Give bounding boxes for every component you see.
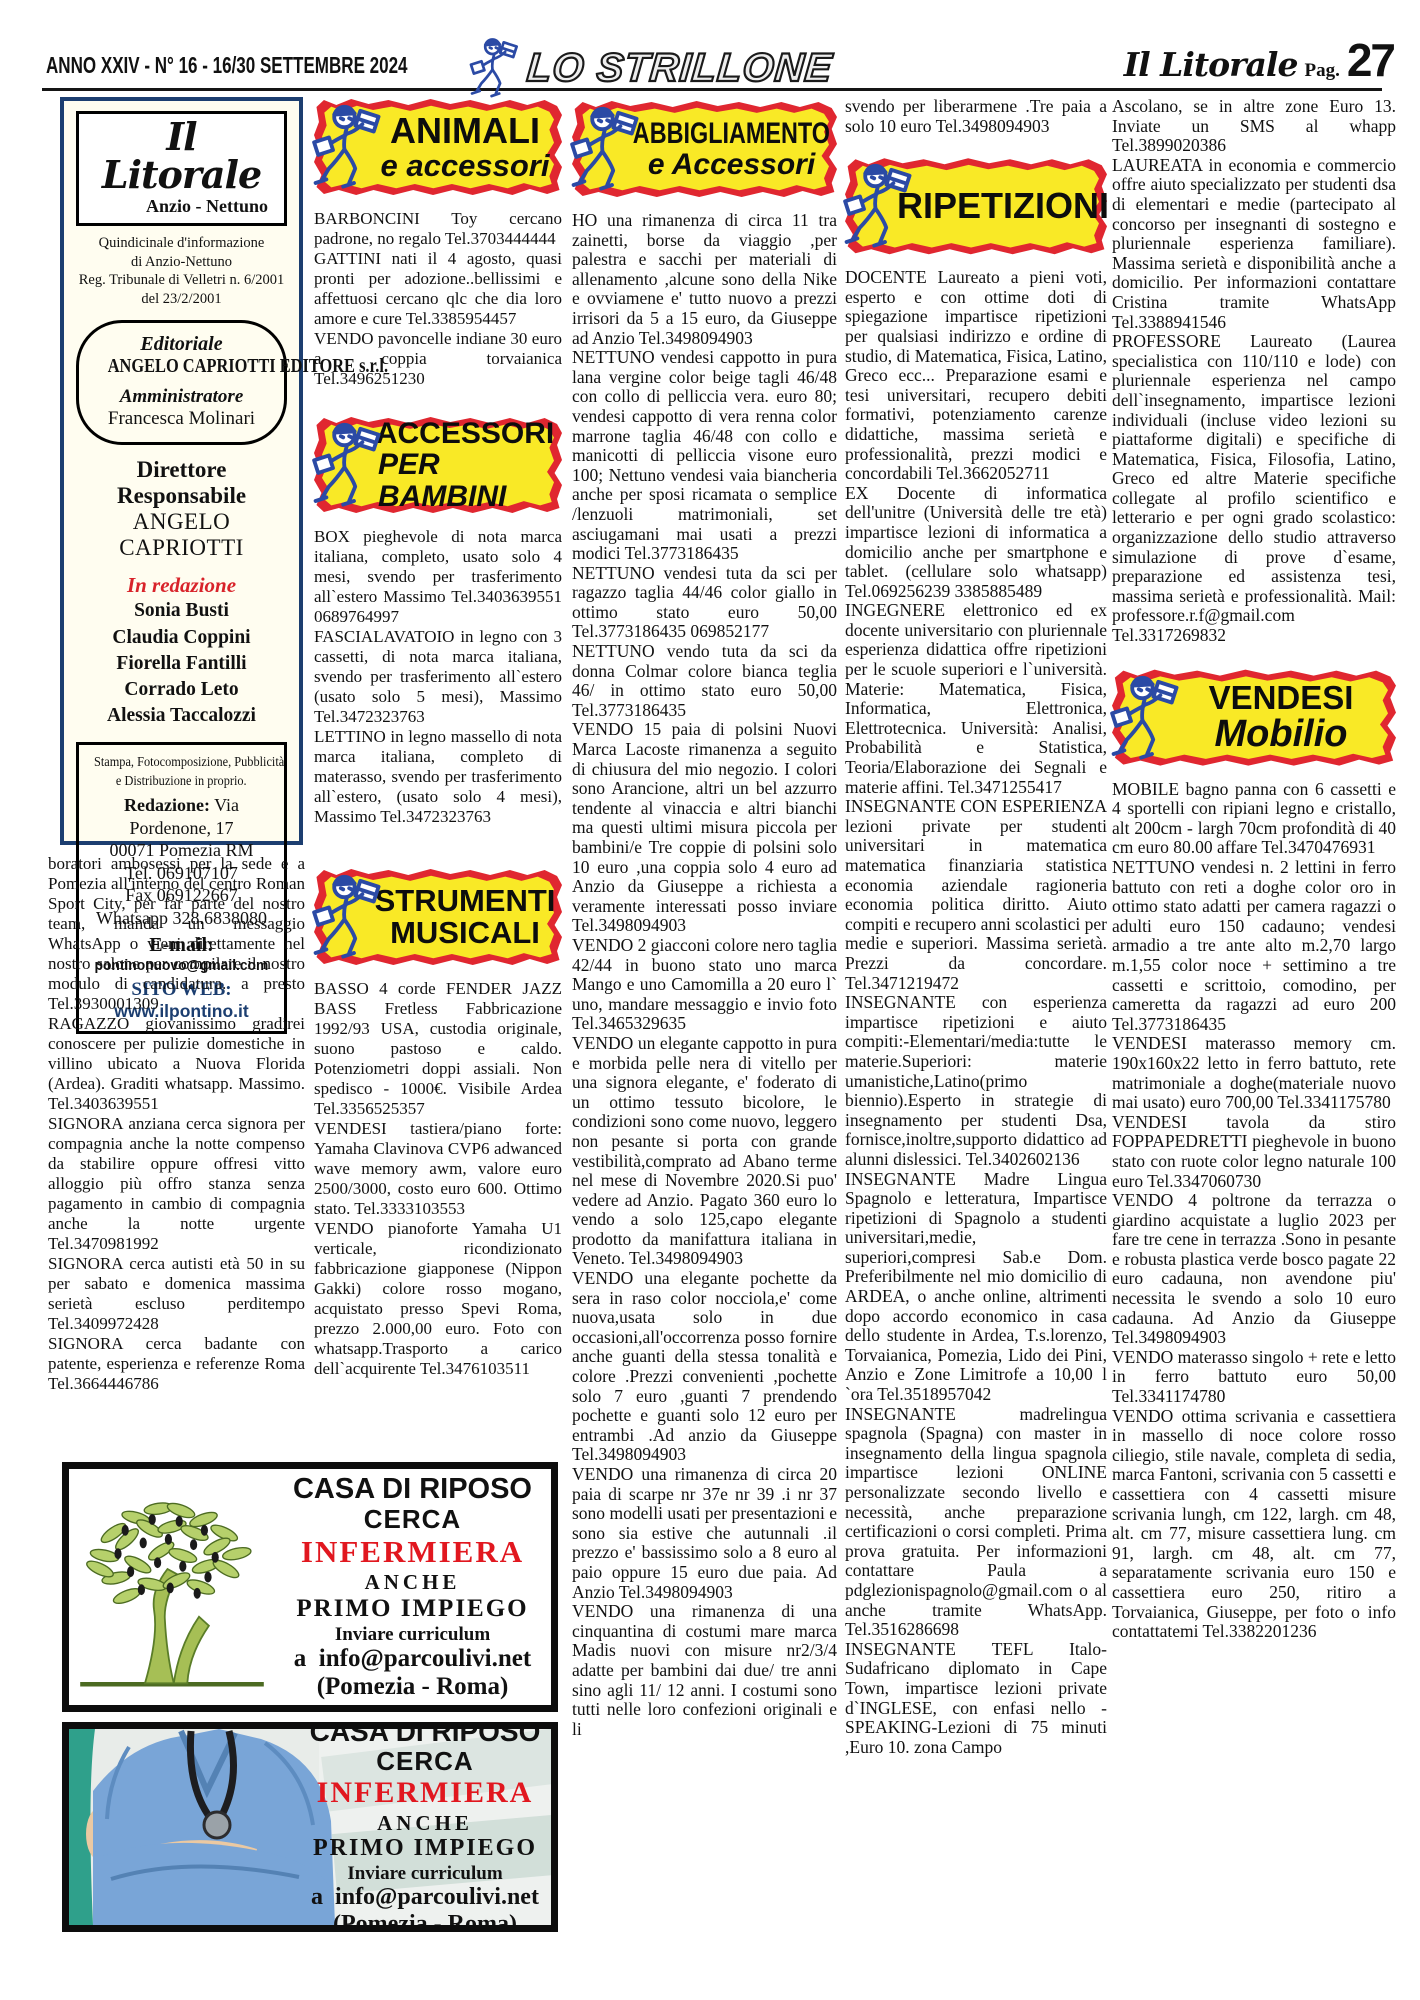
newsboy-icon <box>837 158 921 254</box>
issue-line: ANNO XXIV - N° 16 - 16/30 SETTEMBRE 2024 <box>46 52 408 79</box>
email-prefix: a <box>294 1645 307 1672</box>
classified-ad: boratori ambosessi per la sede e a Pomez… <box>48 854 305 1014</box>
job-ad-role: INFERMIERA <box>301 1535 524 1570</box>
logo-text: LO STRILLONE <box>525 46 834 90</box>
email-prefix: a <box>311 1884 323 1910</box>
staff-label: In redazione <box>74 573 289 598</box>
olive-tree-illustration <box>69 1469 274 1705</box>
section-title-line2: Mobilio <box>1215 715 1348 755</box>
masthead-box: Il Litorale Anzio - Nettuno Quindicinale… <box>60 97 303 845</box>
section-banner-strumenti: STRUMENTI MUSICALI <box>314 867 562 967</box>
casa-di-riposo-ad-tree: CASA DI RIPOSO CERCA INFERMIERA ANCHE PR… <box>62 1462 558 1712</box>
classified-ad: VENDO ottima scrivania e cassettiera in … <box>1112 1407 1396 1642</box>
classified-ad-continuation: Ascolano, se in altre zone Euro 13. Invi… <box>1112 97 1396 156</box>
classified-ad: LETTINO in legno massello di nota marca … <box>314 727 562 827</box>
classified-ad: VENDESI tastiera/piano forte: Yamaha Cla… <box>314 1119 562 1219</box>
classified-ad: VENDO 2 giacconi colore nero taglia 42/4… <box>572 936 837 1034</box>
info-line: del 23/2/2001 <box>74 290 289 309</box>
section-title-line2: e Accessori <box>648 149 815 180</box>
classified-ad: NETTUNO vendesi tuta da sci per ragazzo … <box>572 564 837 642</box>
masthead-logo-box: Il Litorale Anzio - Nettuno <box>76 111 287 226</box>
column-2: ANIMALI e accessori BARBONCINI Toy cerca… <box>314 97 562 1379</box>
classified-ad: RAGAZZO giovanissimo gradirei conoscere … <box>48 1014 305 1114</box>
classified-ad: HO una rimanenza di circa 11 tra zainett… <box>572 211 837 348</box>
classified-ad: VENDO pianoforte Yamaha U1 verticale, ri… <box>314 1219 562 1379</box>
section-banner-animali: ANIMALI e accessori <box>314 97 562 197</box>
section-title: ACCESSORI PER BAMBINI <box>378 419 552 511</box>
staff-member: Fiorella Fantilli <box>74 651 289 677</box>
print-note: Stampa, Fotocomposizione, Pubblicità <box>94 755 284 772</box>
classified-ad: BASSO 4 corde FENDER JAZZ BASS Fretless … <box>314 979 562 1119</box>
job-ad-anche: ANCHE <box>365 1571 461 1595</box>
classified-ad: VENDO 4 poltrone da terrazza o giardino … <box>1112 1191 1396 1348</box>
job-ad-text: CASA DI RIPOSO CERCA INFERMIERA ANCHE PR… <box>274 1469 551 1705</box>
newsboy-icon <box>471 40 517 97</box>
newsboy-icon <box>306 99 390 195</box>
section-banner-abbigliamento: ABBIGLIAMENTO e Accessori <box>572 99 837 199</box>
section-title-line1: RIPETIZIONI <box>897 187 1109 224</box>
column-1: boratori ambosessi per la sede e a Pomez… <box>48 854 305 1394</box>
classified-ad: VENDO una rimanenza di una cinquantina d… <box>572 1602 837 1739</box>
classified-ad: NETTUNO vendo tuta da sci da donna Colma… <box>572 642 837 720</box>
staff-member: Corrado Leto <box>74 677 289 703</box>
job-ad-title: CASA DI RIPOSO <box>293 1473 532 1505</box>
section-banner-ripetizioni: RIPETIZIONI <box>845 156 1107 256</box>
staff-member: Claudia Coppini <box>74 625 289 651</box>
job-ad-location: (Pomezia - Roma) <box>333 1911 517 1932</box>
job-ad-text: CASA DI RIPOSO CERCA INFERMIERA ANCHE PR… <box>299 1729 551 1925</box>
classified-ad: VENDO una elegante pochette da sera in r… <box>572 1269 837 1465</box>
classified-ad: VENDO una rimanenza di circa 20 paia di … <box>572 1465 837 1602</box>
info-line: Quindicinale d'informazione <box>74 234 289 253</box>
job-ad-primo-impiego: PRIMO IMPIEGO <box>313 1835 537 1862</box>
masthead-subtitle: Anzio - Nettuno <box>85 196 278 217</box>
section-title-line1: ANIMALI <box>390 112 540 149</box>
column-3: ABBIGLIAMENTO e Accessori HO una rimanen… <box>572 99 837 1739</box>
classified-ad: VENDO pavoncelle indiane 30 euro a coppi… <box>314 329 562 389</box>
classified-ad: VENDO materasso singolo + rete e letto i… <box>1112 1348 1396 1407</box>
classified-ad: NETTUNO vendesi cappotto in pura lana ve… <box>572 348 837 564</box>
job-ad-anche: ANCHE <box>377 1812 473 1836</box>
classified-ad: PROFESSORE Laureato (Laurea specialistic… <box>1112 332 1396 646</box>
classified-ad-continuation: svendo per liberarmene .Tre paia a solo … <box>845 97 1107 136</box>
newsboy-icon <box>1104 670 1188 766</box>
staff-member: Sonia Busti <box>74 598 289 624</box>
classified-ad: VENDESI tavola da stiro FOPPAPEDRETTI pi… <box>1112 1113 1396 1191</box>
classified-ad: SIGNORA anziana cerca signora per compag… <box>48 1114 305 1254</box>
info-line: Reg. Tribunale di Velletri n. 6/2001 <box>74 271 289 290</box>
page-number: 27 <box>1347 42 1394 79</box>
info-line: di Anzio-Nettuno <box>74 253 289 272</box>
classified-ad: VENDO un elegante cappotto in pura e mor… <box>572 1034 837 1269</box>
classified-ad: LAUREATA in economia e commercio offre a… <box>1112 156 1396 332</box>
section-title: RIPETIZIONI <box>909 160 1097 252</box>
job-ad-cv-note: Inviare curriculum <box>335 1624 490 1645</box>
director-name: ANGELO CAPRIOTTI <box>74 509 289 561</box>
classified-ad: BARBONCINI Toy cercano padrone, no regal… <box>314 209 562 249</box>
print-note: e Distribuzione in proprio. <box>116 774 247 791</box>
olive-tree-icon <box>73 1476 271 1698</box>
job-ad-email: info@parcoulivi.net <box>319 1645 531 1672</box>
job-ad-location: (Pomezia - Roma) <box>317 1673 509 1701</box>
job-ad-email: info@parcoulivi.net <box>335 1884 539 1910</box>
classified-ad: INSEGNANTE Madre Lingua Spagnolo e lette… <box>845 1170 1107 1405</box>
newspaper-page: { "colors":{"banner_yellow":"#f9e926","b… <box>0 0 1420 2000</box>
section-title-line1: STRUMENTI <box>375 885 556 917</box>
registration-info: Quindicinale d'informazione di Anzio-Net… <box>74 234 289 308</box>
staff-member: Alessia Taccalozzi <box>74 703 289 729</box>
classified-ad: FASCIALAVATOIO in legno con 3 cassetti, … <box>314 627 562 727</box>
publisher-box: Editoriale ANGELO CAPRIOTTI EDITORE s.r.… <box>76 320 287 445</box>
job-ad-role: INFERMIERA <box>317 1776 534 1810</box>
classified-ad: INGEGNERE elettronico ed ex docente univ… <box>845 601 1107 797</box>
section-title-line1: ABBIGLIAMENTO <box>633 118 830 149</box>
brand-name: Il Litorale <box>1124 45 1298 84</box>
classified-ad: VENDO 15 paia di polsini Nuovi Marca Lac… <box>572 720 837 936</box>
classified-ad: DOCENTE Laureato a pieni voti, esperto e… <box>845 268 1107 484</box>
section-title-line2: e accessori <box>381 150 550 182</box>
section-title: STRUMENTI MUSICALI <box>378 871 552 963</box>
job-ad-cerca: CERCA <box>364 1505 461 1534</box>
editorial-label: Editoriale <box>81 333 282 356</box>
lo-strillone-logo: LO STRILLONE <box>468 36 898 98</box>
classified-ad: INSEGNANTE madrelingua spagnola (Spagna)… <box>845 1405 1107 1640</box>
masthead-title: Il Litorale <box>85 118 278 194</box>
director-label: Direttore Responsabile <box>74 457 289 509</box>
brand-header: Il Litorale Pag. 27 <box>1124 42 1394 84</box>
page-label: Pag. <box>1304 60 1339 82</box>
section-title: ANIMALI e accessori <box>378 101 552 193</box>
classified-ad: SIGNORA cerca badante con patente, esper… <box>48 1334 305 1394</box>
job-ad-primo-impiego: PRIMO IMPIEGO <box>296 1595 528 1623</box>
section-title-line1: ACCESSORI <box>376 418 554 449</box>
section-title: VENDESI Mobilio <box>1176 672 1386 764</box>
section-title-line2: MUSICALI <box>390 917 540 949</box>
section-banner-vendesi-mobilio: VENDESI Mobilio <box>1112 668 1396 768</box>
job-ad-cv-note: Inviare curriculum <box>347 1863 502 1884</box>
address-label: Redazione: <box>124 795 210 815</box>
staff-list: Sonia Busti Claudia Coppini Fiorella Fan… <box>74 598 289 730</box>
newsboy-icon <box>306 417 390 513</box>
classified-ad: SIGNORA cerca autisti età 50 in su per s… <box>48 1254 305 1334</box>
classified-ad: INSEGNANTE CON ESPERIENZA lezioni privat… <box>845 797 1107 993</box>
classified-ad: INSEGNANTE con esperienza impartisce rip… <box>845 993 1107 1169</box>
column-4: svendo per liberarmene .Tre paia a solo … <box>845 97 1107 1757</box>
admin-name: Francesca Molinari <box>81 408 282 430</box>
section-title: ABBIGLIAMENTO e Accessori <box>636 103 827 195</box>
newsboy-icon <box>564 101 648 197</box>
section-banner-accessori-bambini: ACCESSORI PER BAMBINI <box>314 415 562 515</box>
classified-ad: INSEGNANTE TEFL Italo-Sudafricano diplom… <box>845 1640 1107 1758</box>
section-title-line1: VENDESI <box>1209 681 1354 715</box>
job-ad-cerca: CERCA <box>376 1747 473 1776</box>
classified-ad: EX Docente di informatica dell'unitre (U… <box>845 484 1107 602</box>
classified-ad: VENDESI materasso memory cm. 190x160x22 … <box>1112 1034 1396 1112</box>
classified-ad: NETTUNO vendesi n. 2 lettini in ferro ba… <box>1112 858 1396 1034</box>
classified-ad: MOBILE bagno panna con 6 cassetti e 4 sp… <box>1112 780 1396 858</box>
classified-ad: GATTINI nati il 4 agosto, quasi pronti p… <box>314 249 562 329</box>
admin-label: Amministratore <box>81 386 282 408</box>
newsboy-icon <box>306 869 390 965</box>
classified-ad: BOX pieghevole di nota marca italiana, c… <box>314 527 562 627</box>
job-ad-title: CASA DI RIPOSO <box>310 1722 541 1747</box>
section-title-line2: PER BAMBINI <box>378 449 552 511</box>
casa-di-riposo-ad-nurse: CASA DI RIPOSO CERCA INFERMIERA ANCHE PR… <box>62 1722 558 1932</box>
column-5: Ascolano, se in altre zone Euro 13. Invi… <box>1112 97 1396 1642</box>
